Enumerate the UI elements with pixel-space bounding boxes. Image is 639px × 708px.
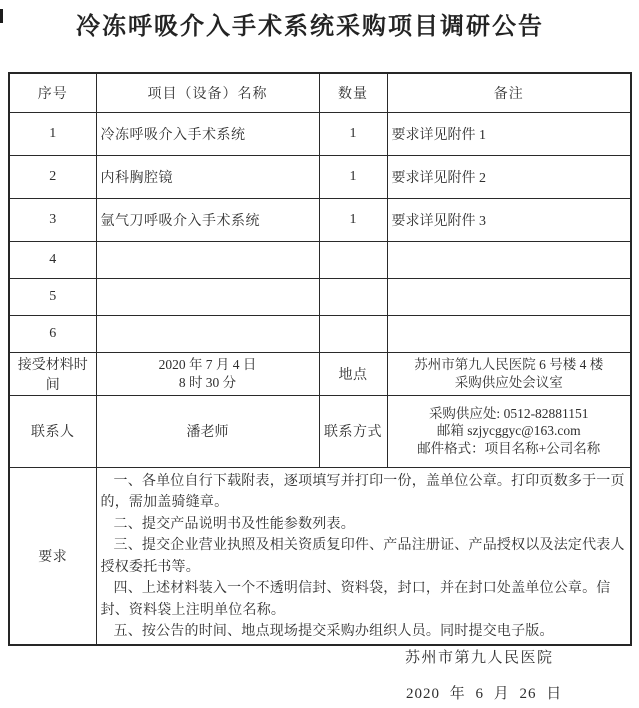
contact-row: 联系人 潘老师 联系方式 采购供应处: 0512-82881151 邮箱 szj… (9, 395, 631, 467)
schedule-row: 接受材料时间 2020 年 7 月 4 日 8 时 30 分 地点 苏州市第九人… (9, 352, 631, 395)
table-row: 5 (9, 278, 631, 315)
place-room: 采购供应处会议室 (392, 374, 627, 392)
row-quantity (319, 315, 387, 352)
table-row: 6 (9, 315, 631, 352)
requirements-content: 一、各单位自行下载附表，逐项填写并打印一份，盖单位公章。打印页数多于一页的，需加… (96, 467, 631, 645)
row-remark (387, 315, 631, 352)
row-quantity (319, 278, 387, 315)
row-remark: 要求详见附件 1 (387, 112, 631, 155)
table-row: 3 氩气刀呼吸介入手术系统 1 要求详见附件 3 (9, 198, 631, 241)
row-serial: 2 (9, 155, 96, 198)
row-item-name: 冷冻呼吸介入手术系统 (96, 112, 319, 155)
header-quantity: 数量 (319, 73, 387, 112)
signature-org: 苏州市第九人民医院 (405, 646, 554, 667)
row-serial: 5 (9, 278, 96, 315)
contact-phone: 采购供应处: 0512-82881151 (392, 405, 627, 423)
row-remark (387, 278, 631, 315)
procurement-table: 序号 项目（设备）名称 数量 备注 1 冷冻呼吸介入手术系统 1 要求详见附件 … (8, 72, 632, 646)
row-serial: 3 (9, 198, 96, 241)
row-item-name: 氩气刀呼吸介入手术系统 (96, 198, 319, 241)
header-serial: 序号 (9, 73, 96, 112)
place-value: 苏州市第九人民医院 6 号楼 4 楼 采购供应处会议室 (387, 352, 631, 395)
material-time-value: 2020 年 7 月 4 日 8 时 30 分 (96, 352, 319, 395)
requirement-item: 一、各单位自行下载附表，逐项填写并打印一份，盖单位公章。打印页数多于一页的，需加… (101, 470, 627, 513)
requirement-item: 四、上述材料装入一个不透明信封、资料袋，封口，并在封口处盖单位公章。信封、资料袋… (101, 577, 627, 620)
row-remark: 要求详见附件 2 (387, 155, 631, 198)
row-serial: 4 (9, 241, 96, 278)
requirement-item: 五、按公告的时间、地点现场提交采购办组织人员。同时提交电子版。 (101, 620, 627, 642)
table-header-row: 序号 项目（设备）名称 数量 备注 (9, 73, 631, 112)
place-label: 地点 (319, 352, 387, 395)
signature-date: 2020 年 6 月 26 日 (406, 682, 562, 703)
contact-email-format: 邮件格式：项目名称+公司名称 (392, 440, 627, 458)
header-remarks: 备注 (387, 73, 631, 112)
row-item-name (96, 241, 319, 278)
requirement-item: 三、提交企业营业执照及相关资质复印件、产品注册证、产品授权以及法定代表人授权委托… (101, 534, 627, 577)
requirement-item: 二、提交产品说明书及性能参数列表。 (101, 513, 627, 535)
row-remark: 要求详见附件 3 (387, 198, 631, 241)
contact-email: 邮箱 szjycggyc@163.com (392, 422, 627, 440)
table-row: 1 冷冻呼吸介入手术系统 1 要求详见附件 1 (9, 112, 631, 155)
row-quantity: 1 (319, 155, 387, 198)
requirements-label: 要求 (9, 467, 96, 645)
contact-method-value: 采购供应处: 0512-82881151 邮箱 szjycggyc@163.co… (387, 395, 631, 467)
table-row: 2 内科胸腔镜 1 要求详见附件 2 (9, 155, 631, 198)
row-item-name: 内科胸腔镜 (96, 155, 319, 198)
table-row: 4 (9, 241, 631, 278)
row-serial: 6 (9, 315, 96, 352)
row-item-name (96, 315, 319, 352)
contact-person-label: 联系人 (9, 395, 96, 467)
place-building: 苏州市第九人民医院 6 号楼 4 楼 (392, 356, 627, 374)
row-item-name (96, 278, 319, 315)
row-quantity: 1 (319, 112, 387, 155)
contact-person-value: 潘老师 (96, 395, 319, 467)
material-time-hour: 8 时 30 分 (101, 374, 315, 392)
material-time-label: 接受材料时间 (9, 352, 96, 395)
header-item-name: 项目（设备）名称 (96, 73, 319, 112)
contact-method-label: 联系方式 (319, 395, 387, 467)
material-time-date: 2020 年 7 月 4 日 (101, 356, 315, 374)
row-quantity: 1 (319, 198, 387, 241)
requirements-row: 要求 一、各单位自行下载附表，逐项填写并打印一份，盖单位公章。打印页数多于一页的… (9, 467, 631, 645)
row-serial: 1 (9, 112, 96, 155)
page-title: 冷冻呼吸介入手术系统采购项目调研公告 (0, 6, 620, 41)
row-quantity (319, 241, 387, 278)
row-remark (387, 241, 631, 278)
